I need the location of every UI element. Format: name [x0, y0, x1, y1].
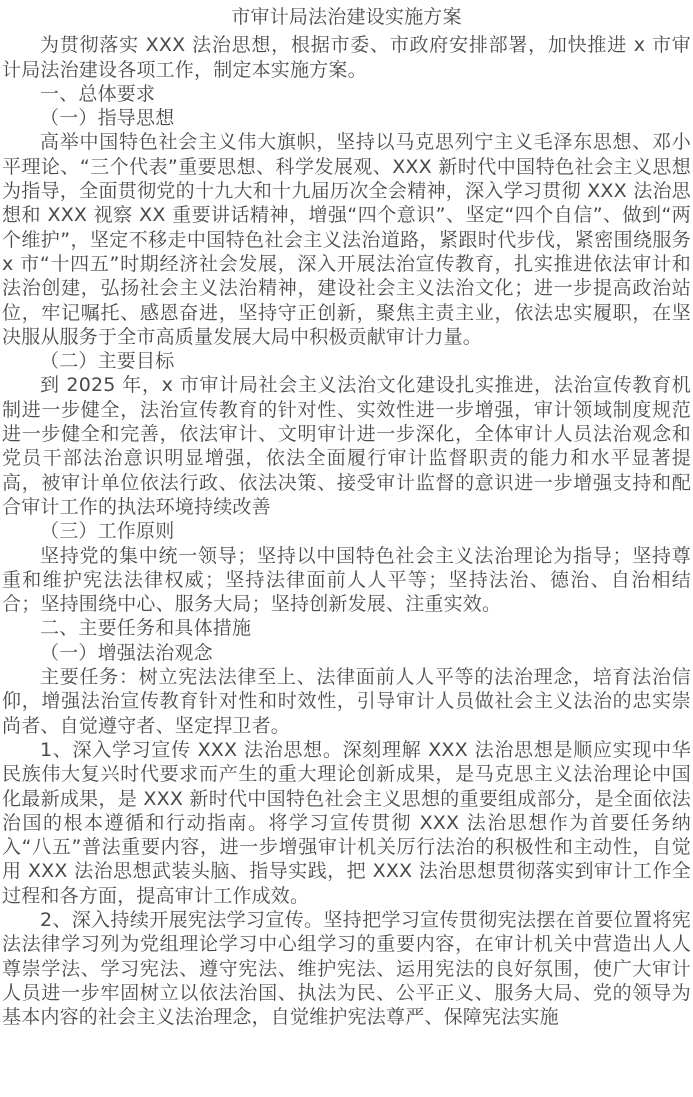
document-page: 市审计局法治建设实施方案 为贯彻落实 XXX 法治思想，根据市委、市政府安排部署… [0, 0, 693, 1097]
paragraph-main-tasks: 主要任务：树立宪法法律至上、法律面前人人平等的法治理念，培育法治信仰，增强法治宣… [2, 665, 691, 738]
paragraph-work-principles: 坚持党的集中统一领导；坚持以中国特色社会主义法治理论为指导；坚持尊重和维护宪法法… [2, 544, 691, 617]
heading-sub-1-3-work-principles: （三）工作原则 [2, 519, 691, 543]
paragraph-main-goals: 到 2025 年，x 市审计局社会主义法治文化建设扎实推进，法治宣传教育机制进一… [2, 373, 691, 519]
document-title: 市审计局法治建设实施方案 [2, 5, 691, 29]
heading-sub-1-2-main-goals: （二）主要目标 [2, 349, 691, 373]
heading-sub-2-1-legal-awareness: （一）增强法治观念 [2, 641, 691, 665]
heading-sub-1-1-guiding-ideology: （一）指导思想 [2, 106, 691, 130]
paragraph-task-1-study-legal-thought: 1、深入学习宣传 XXX 法治思想。深刻理解 XXX 法治思想是顺应实现中华民族… [2, 738, 691, 908]
paragraph-task-2-constitution-education: 2、深入持续开展宪法学习宣传。坚持把学习宣传贯彻宪法摆在首要位置将宪法法律学习列… [2, 908, 691, 1029]
paragraph-preamble: 为贯彻落实 XXX 法治思想，根据市委、市政府安排部署，加快推进 x 市审计局法… [2, 33, 691, 82]
heading-part-1: 一、总体要求 [2, 82, 691, 106]
paragraph-guiding-ideology: 高举中国特色社会主义伟大旗帜，坚持以马克思列宁主义毛泽东思想、邓小平理论、“三个… [2, 130, 691, 349]
heading-part-2: 二、主要任务和具体措施 [2, 616, 691, 640]
